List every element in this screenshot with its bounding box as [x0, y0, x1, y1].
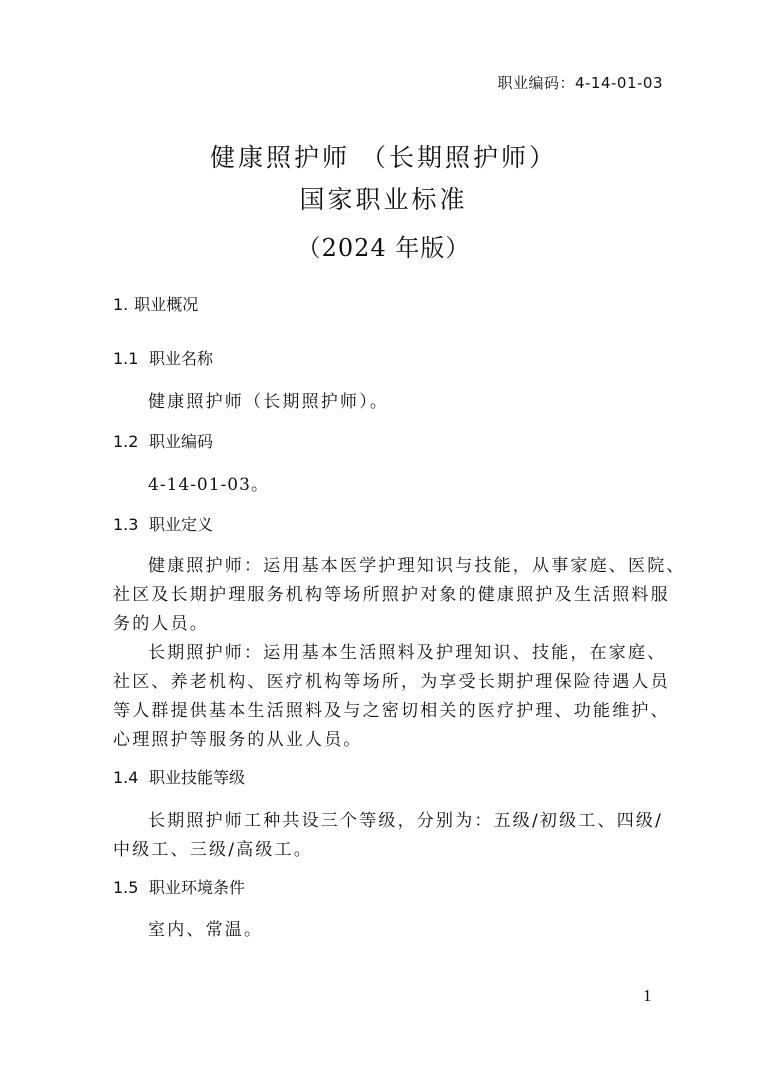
section-title: 职业名称	[149, 349, 213, 368]
section-number: 1.4	[113, 768, 149, 787]
definition-para1-line3: 务的人员。	[113, 609, 209, 634]
definition-para2-line4: 心理照护等服务的从业人员。	[113, 725, 363, 750]
section-title: 职业环境条件	[149, 878, 245, 897]
environment-text: 室内、常温。	[148, 915, 263, 940]
occupation-code-text: 4-14-01-03。	[148, 470, 269, 495]
occupation-code-header: 职业编码：4-14-01-03	[497, 72, 663, 93]
document-edition: （2024 年版）	[0, 228, 767, 263]
definition-para1-line1: 健康照护师：运用基本医学护理知识与技能，从事家庭、医院、	[148, 551, 686, 576]
definition-para2-line3: 等人群提供基本生活照料及与之密切相关的医疗护理、功能维护、	[113, 696, 670, 721]
section-number: 1.	[113, 295, 128, 314]
page-number: 1	[643, 986, 652, 1006]
section-number: 1.5	[113, 878, 149, 897]
section-number: 1.3	[113, 515, 149, 534]
definition-para1-line2: 社区及长期护理服务机构等场所照护对象的健康照护及生活照料服	[113, 580, 670, 605]
section-heading-1-4: 1.4职业技能等级	[113, 765, 245, 788]
section-heading-1-3: 1.3职业定义	[113, 512, 213, 535]
section-heading-1: 1.职业概况	[113, 292, 198, 315]
definition-para2-line2: 社区、养老机构、医疗机构等场所，为享受长期护理保险待遇人员	[113, 667, 670, 692]
section-heading-1-5: 1.5职业环境条件	[113, 875, 245, 898]
section-heading-1-2: 1.2职业编码	[113, 429, 213, 452]
document-title: 健康照护师 （长期照护师）	[0, 138, 767, 174]
occupation-name-text: 健康照护师（长期照护师）。	[148, 387, 389, 412]
skill-levels-line1: 长期照护师工种共设三个等级，分别为：五级/初级工、四级/	[148, 806, 663, 831]
section-title: 职业定义	[149, 515, 213, 534]
section-heading-1-1: 1.1职业名称	[113, 346, 213, 369]
section-number: 1.2	[113, 432, 149, 451]
definition-para2-line1: 长期照护师：运用基本生活照料及护理知识、技能，在家庭、	[148, 638, 666, 663]
skill-levels-line2: 中级工、三级/高级工。	[113, 835, 313, 860]
document-subtitle: 国家职业标准	[0, 180, 767, 216]
section-title: 职业概况	[134, 295, 198, 314]
section-number: 1.1	[113, 349, 149, 368]
section-title: 职业技能等级	[149, 768, 245, 787]
section-title: 职业编码	[149, 432, 213, 451]
